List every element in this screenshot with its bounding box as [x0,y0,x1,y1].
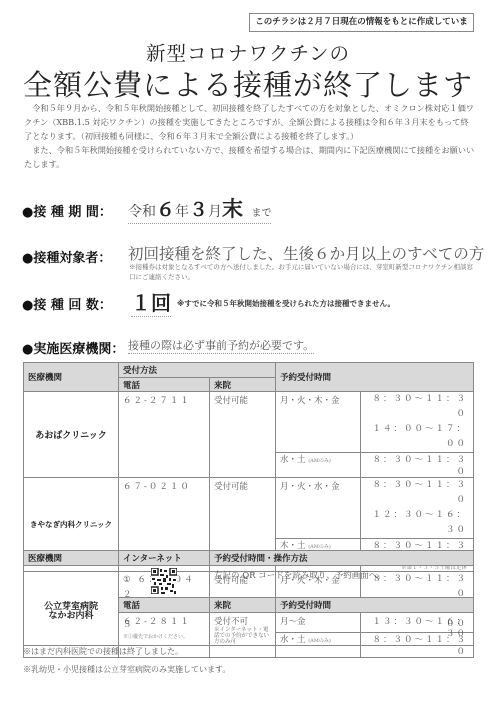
header-phone: 電話 [119,378,210,392]
hospital-visit-status: 受付不可 [214,615,271,627]
slot-time: ８：３０～１１：３０ [365,392,467,422]
slot-days-text: 水・土 [280,455,306,465]
facility-phone: ６２-２７１１ [119,392,210,478]
footer-note-1: ※はまだ内科医院での接種は終了しました。 [23,646,183,657]
notice-box: このチラシは２月７日現在の情報をもとに作成していま [249,13,474,32]
hospital-days: 月～金 [276,613,361,646]
hospital-time: １３：３０～１６：３０ [361,613,474,646]
hospital-phone: ６２-２８１１ [119,613,210,646]
intro-paragraph-1: 令和５年９月から、令和５年秋開始接種として、初回接種を終了したすべての方を対象と… [24,101,476,143]
qr-instructions: 左記の QR コードを読み取り、予約画面へ。 [210,566,474,598]
hospital-visit-note: ※インターネット・電話での予約ができない方のみ可 [214,627,271,645]
period-label: ●接 種 期 間： [22,201,112,220]
facility-name: あおばクリニック [24,392,119,478]
facilities-value: 接種の際は必ず事前予約が必要です。 [128,337,314,354]
slot-times: ８：３０～１１：３０ １２：３０～１６：３０ [361,478,474,539]
intro-paragraph-2: また、令和５年秋開始接種を受けられていない方で、接種を希望する場合は、期間内に下… [24,143,476,171]
count-note: ※すでに令和５年秋開始接種を受けられた方は接種できません。 [177,298,395,309]
slot-days-note: (AMのみ) [308,458,331,464]
header-internet: インターネット [119,551,210,566]
slot-time: １２：３０～１６：３０ [365,508,467,538]
table-row: きやなぎ内科クリニック ６７-０２１０ 受付可能 月・火・水・金 ８：３０～１１… [24,478,474,539]
period-year-unit: 年 [175,204,189,220]
header-hours: 予約受付時間 [276,363,474,392]
header-visit: 来院 [210,378,276,392]
period-year: ６ [156,199,175,221]
period-suffix: まで [251,208,271,219]
slot-time: ８：３０～１１：３０ [365,478,467,508]
title-line-2: 全額公費による接種が終了します [0,63,496,104]
qr-code-icon[interactable] [151,568,177,594]
period-month: ３ [189,199,208,221]
header-visit: 来院 [210,598,276,613]
slot-time: １４：００～１７：００ [365,422,467,452]
header-facility: 医療機関 [24,363,119,392]
header-facility: 医療機関 [24,551,119,566]
count-value: １回 [131,287,171,317]
title-line-1: 新型コロナワクチンの [0,38,496,66]
count-label: ●接 種 回 数： [22,294,112,313]
header-hours-method: 予約受付時間・操作方法 [210,551,474,566]
target-value: 初回接種を終了した、生後６か月以上のすべての方 [128,242,484,264]
period-value: 令和６年３月末 まで [128,193,271,224]
slot-time: ８：３０～１１：３０ [361,453,474,478]
hospital-table: 医療機関 インターネット 予約受付時間・操作方法 公立芽室病院 [23,550,474,646]
header-phone: 電話 [119,598,210,613]
slot-days: 月・火・水・金 [276,478,361,539]
target-label: ●接種対象者： [22,247,111,266]
hospital-name: 公立芽室病院 [24,566,119,646]
table-row: あおばクリニック ６２-２７１１ 受付可能 月・火・木・金 ８：３０～１１：３０… [24,392,474,453]
target-note: ※接種券は対象となるすべての方へ送付しました。お手元に届いていない場合には、芽室… [129,262,474,282]
intro-text: 令和５年９月から、令和５年秋開始接種として、初回接種を終了したすべての方を対象と… [24,101,476,171]
period-prefix: 令和 [128,204,156,220]
header-method: 受付方法 [119,363,276,378]
slot-times: ８：３０～１１：３０ １４：００～１７：００ [361,392,474,453]
hospital-visit: 受付不可 ※インターネット・電話での予約ができない方のみ可 [210,613,276,646]
header-hours: 予約受付時間 [276,598,474,613]
slot-days: 水・土 (AMのみ) [276,453,361,478]
slot-days: 月・火・木・金 [276,392,361,453]
period-month-unit: 月 [208,204,222,220]
period-end: 末 [222,197,243,221]
qr-cell [119,566,210,598]
facility-visit: 受付可能 [210,392,276,478]
facilities-label: ●実施医療機関： [22,338,124,357]
footer-note-2: ※乳幼児・小児接種は公立芽室病院のみ実施しています。 [23,664,230,675]
